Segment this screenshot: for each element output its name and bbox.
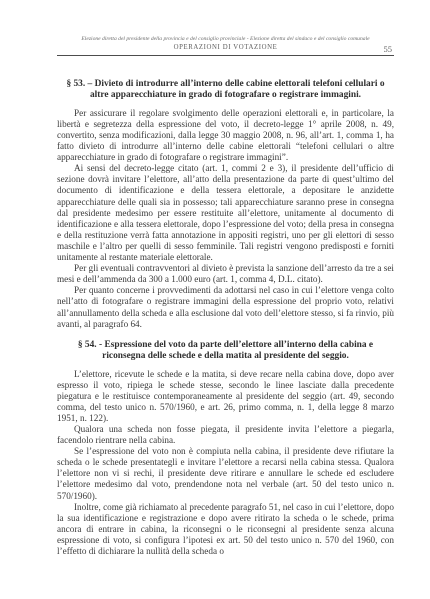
document-page: Elezione diretta del presidente della pr… [0, 0, 430, 599]
paragraph: Qualora una scheda non fosse piegata, il… [57, 424, 394, 446]
section-53-heading: § 53. – Divieto di introdurre all’intern… [57, 79, 394, 102]
section-54-heading: § 54. - Espressione del voto da parte de… [57, 340, 394, 363]
paragraph: Ai sensi del decreto-legge citato (art. … [57, 163, 394, 263]
paragraph: Inoltre, come già richiamato al preceden… [57, 502, 394, 557]
header-section-title: OPERAZIONI DI VOTAZIONE [174, 44, 278, 51]
header-section-row: OPERAZIONI DI VOTAZIONE 55 [57, 44, 394, 51]
page-number: 55 [384, 44, 393, 54]
paragraph: Per gli eventuali contravventori al divi… [57, 263, 394, 285]
header-rule [57, 55, 394, 56]
paragraph: Se l’espressione del voto non è compiuta… [57, 446, 394, 501]
paragraph: Per assicurare il regolare svolgimento d… [57, 108, 394, 163]
paragraph: L’elettore, ricevute le schede e la mati… [57, 369, 394, 424]
paragraph: Per quanto concerne i provvedimenti da a… [57, 285, 394, 329]
running-title: Elezione diretta del presidente della pr… [57, 36, 394, 43]
page-header: Elezione diretta del presidente della pr… [57, 36, 394, 56]
page-body: § 53. – Divieto di introdurre all’intern… [57, 79, 394, 557]
page-content: Elezione diretta del presidente della pr… [57, 36, 394, 557]
